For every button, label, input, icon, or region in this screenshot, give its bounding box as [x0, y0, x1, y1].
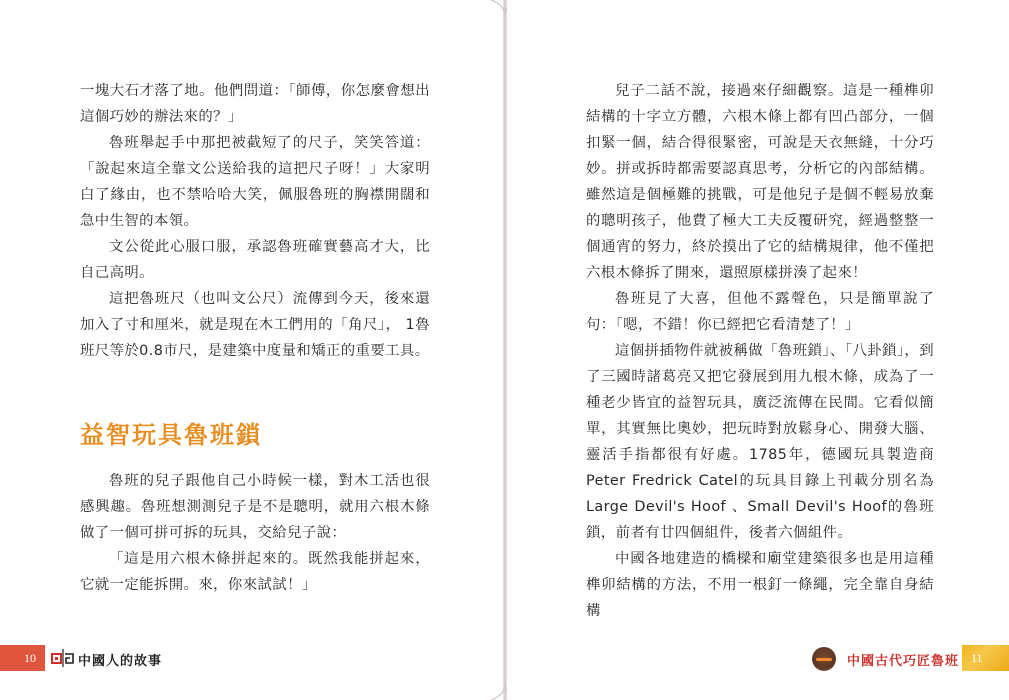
left-page-body-top: 一塊大石才落了地。他們問道：「師傅，你怎麼會想出這個巧妙的辦法來的？」 魯班舉起… — [80, 78, 430, 364]
left-page: 一塊大石才落了地。他們問道：「師傅，你怎麼會想出這個巧妙的辦法來的？」 魯班舉起… — [0, 0, 503, 700]
chapter-emblem-icon — [812, 647, 836, 671]
paragraph: 這把魯班尺（也叫文公尺）流傳到今天，後來還加入了寸和厘米，就是現在木工們用的「角… — [80, 286, 430, 364]
page-number-right: 11 — [962, 645, 1009, 671]
paragraph: 這個拼插物件就被稱做「魯班鎖」、「八卦鎖」，到了三國時諸葛亮又把它發展到用九根木… — [586, 338, 934, 546]
footer-book-title: 中國人的故事 — [78, 650, 162, 669]
paragraph: 文公從此心服口服，承認魯班確實藝高才大，比自己高明。 — [80, 234, 430, 286]
paragraph: 「這是用六根木條拼起來的。既然我能拼起來，它就一定能拆開。來，你來試試！」 — [80, 546, 430, 598]
footer-chapter-title: 中國古代巧匠魯班 — [847, 650, 959, 669]
paragraph: 魯班的兒子跟他自己小時候一樣，對木工活也很感興趣。魯班想測測兒子是不是聰明，就用… — [80, 468, 430, 546]
section-heading: 益智玩具魯班鎖 — [80, 415, 262, 450]
paragraph: 兒子二話不說，接過來仔細觀察。這是一種榫卯結構的十字立方體，六根木條上都有凹凸部… — [586, 78, 934, 286]
paragraph: 一塊大石才落了地。他們問道：「師傅，你怎麼會想出這個巧妙的辦法來的？」 — [80, 78, 430, 130]
right-page-body: 兒子二話不說，接過來仔細觀察。這是一種榫卯結構的十字立方體，六根木條上都有凹凸部… — [586, 78, 934, 624]
paragraph: 中國各地建造的橋樑和廟堂建築很多也是用這種榫卯結構的方法，不用一根釘一條繩，完全… — [586, 546, 934, 624]
fret-logo-icon — [51, 648, 75, 668]
paragraph: 魯班見了大喜，但他不露聲色，只是簡單說了句：「嗯，不錯！你已經把它看清楚了！」 — [586, 286, 934, 338]
page-number-left: 10 — [0, 645, 45, 671]
left-page-body-bottom: 魯班的兒子跟他自己小時候一樣，對木工活也很感興趣。魯班想測測兒子是不是聰明，就用… — [80, 468, 430, 598]
paragraph: 魯班舉起手中那把被截短了的尺子，笑笑答道：「說起來這全靠文公送給我的這把尺子呀！… — [80, 130, 430, 234]
